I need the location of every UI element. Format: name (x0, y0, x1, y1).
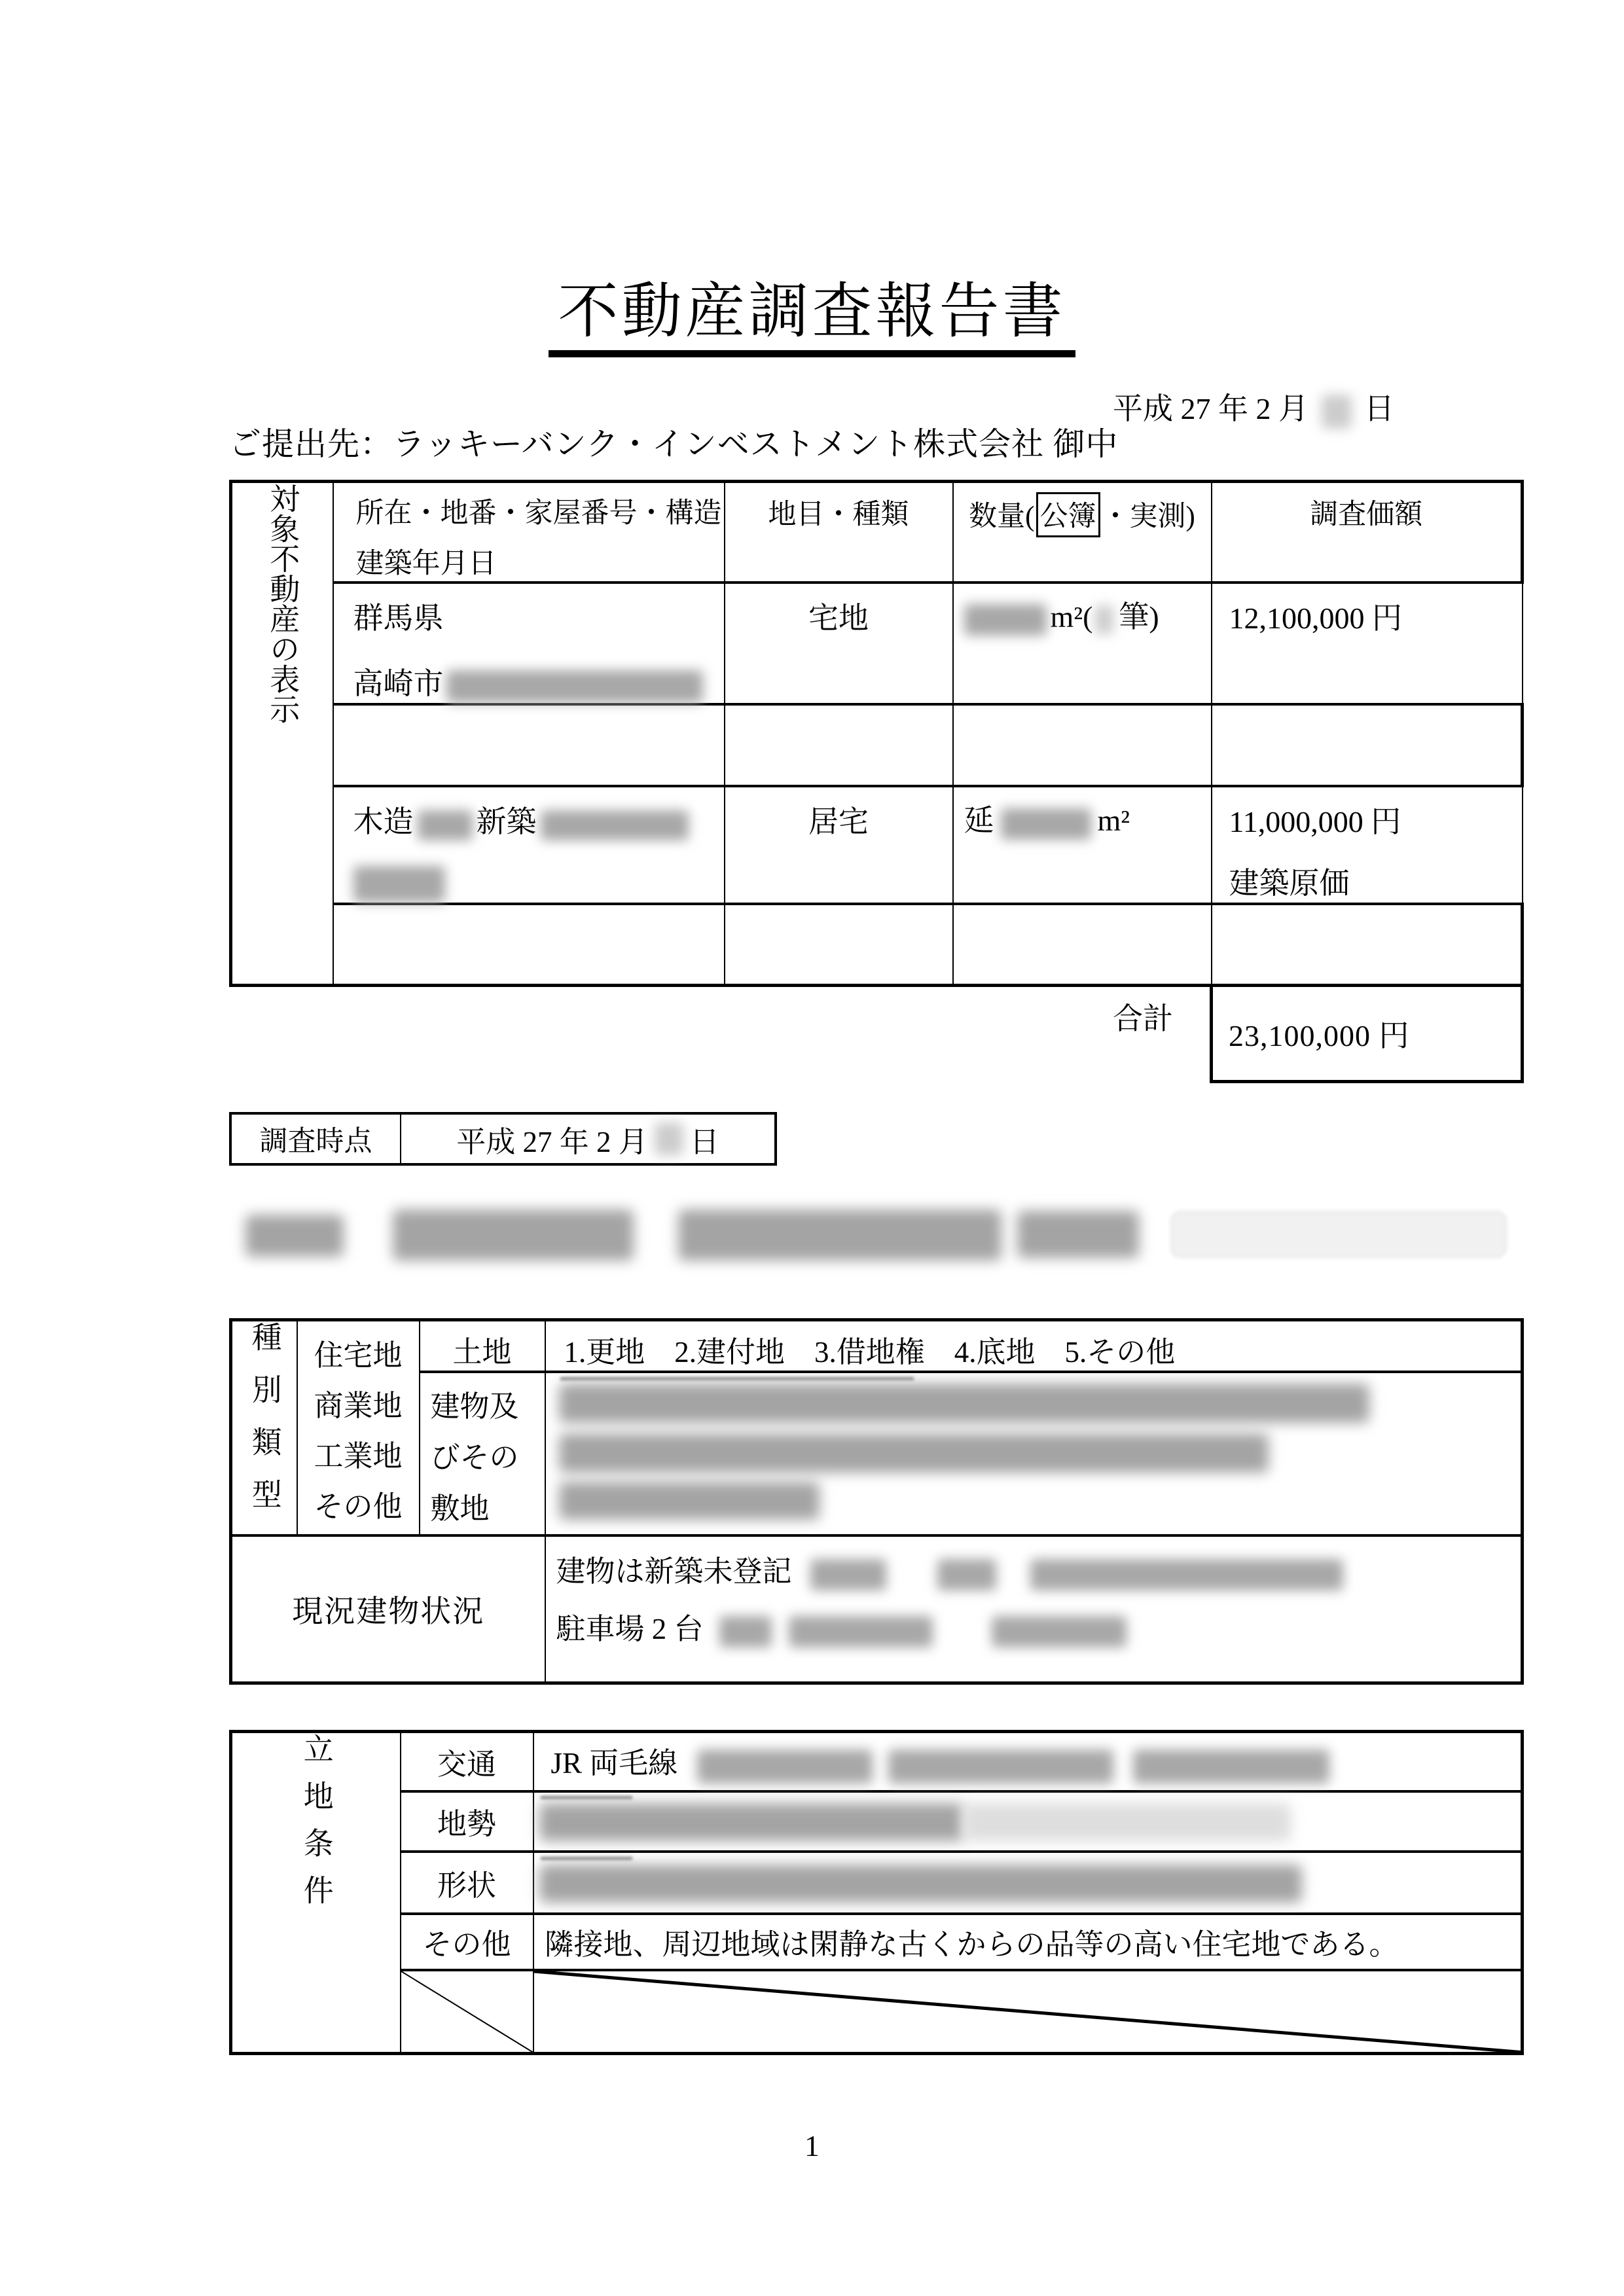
redacted-line (541, 1857, 632, 1860)
transport-value: JR 両毛線 (533, 1732, 1523, 1791)
total-label: 合計 (231, 985, 1212, 1081)
blank-diagonal-row (231, 1970, 1523, 2054)
land-price-cell: 12,100,000 円 (1212, 583, 1523, 704)
current-status-row: 現況建物状況 建物は新築未登記 駐車場 2 台 (231, 1535, 1523, 1683)
property-side-label-cell: 対象不動産の表示 (231, 482, 333, 986)
redacted-text (539, 1865, 1302, 1903)
redacted-block (1017, 1211, 1139, 1258)
redacted-text (1133, 1749, 1329, 1784)
survey-date-box: 調査時点 平成 27 年 2 月 日 (229, 1112, 777, 1166)
land-type-cell: 宅地 (725, 583, 953, 704)
redacted-text (992, 1616, 1127, 1647)
report-date-suffix: 日 (1364, 392, 1394, 425)
page-title-text: 不動産調査報告書 (549, 280, 1075, 357)
building-structure-cell: 木造新築 (333, 786, 725, 904)
building-row: 木造新築 居宅 延m² 11,000,000 円 建築原価 (231, 786, 1523, 904)
terrain-value (533, 1791, 1523, 1852)
header-location: 所在・地番・家屋番号・構造 建築年月日 (333, 482, 725, 583)
shape-value (533, 1852, 1523, 1914)
diagonal-cell-small (401, 1970, 533, 2054)
land-options-cell: 1.更地 2.建付地 3.借地権 4.底地 5.その他 (545, 1320, 1523, 1372)
redacted-text (719, 1616, 772, 1647)
redacted-block (245, 1215, 344, 1257)
redacted-text (888, 1749, 1113, 1784)
location-side-label-cell: 立地条件 (231, 1732, 401, 2054)
redacted-day (655, 1122, 683, 1155)
total-value: 23,100,000 円 (1212, 985, 1523, 1081)
redacted-text (810, 1559, 886, 1590)
status-body-cell: 建物は新築未登記 駐車場 2 台 (545, 1535, 1523, 1683)
header-price: 調査価額 (1212, 482, 1523, 583)
category-side-label: 種別類型 (243, 1321, 286, 1531)
building-description-cell (545, 1372, 1523, 1535)
redacted-structure (353, 866, 445, 903)
redacted-text (559, 1433, 1269, 1473)
diagonal-line-small (401, 1971, 533, 2053)
building-price-cell: 11,000,000 円 建築原価 (1212, 786, 1523, 904)
survey-date-value: 平成 27 年 2 月 日 (401, 1115, 774, 1163)
terrain-label: 地勢 (401, 1791, 533, 1852)
land-label-cell: 土地 (420, 1320, 545, 1372)
building-category-row: 建物及 びその 敷地 (231, 1372, 1523, 1535)
land-category-row: 種別類型 住宅地 商業地 工業地 その他 土地 1.更地 2.建付地 3.借地権… (231, 1320, 1523, 1372)
shape-label: 形状 (401, 1852, 533, 1914)
land-row: 群馬県 高崎市 宅地 m²(筆) 12,100,000 円 (231, 583, 1523, 704)
redacted-area (964, 604, 1047, 636)
report-date: 平成 27 年 2 月 日 (1113, 385, 1394, 429)
redacted-text (1030, 1559, 1343, 1590)
redacted-text (559, 1482, 820, 1520)
diagonal-cell-large (533, 1970, 1523, 2054)
transport-label: 交通 (401, 1732, 533, 1791)
page-number: 1 (0, 2128, 1624, 2163)
redacted-day (1322, 395, 1352, 429)
redacted-structure (541, 810, 689, 840)
page-title: 不動産調査報告書 (0, 280, 1624, 357)
transport-row: 立地条件 交通 JR 両毛線 (231, 1732, 1523, 1791)
shape-row: 形状 (231, 1852, 1523, 1914)
redacted-block (678, 1210, 1001, 1261)
koubo-box: 公簿 (1036, 492, 1100, 537)
redacted-line (560, 1377, 914, 1380)
other-row: その他 隣接地、周辺地域は閑静な古くからの品等の高い住宅地である。 (231, 1914, 1523, 1970)
property-header-row: 対象不動産の表示 所在・地番・家屋番号・構造 建築年月日 地目・種類 数量(公簿… (231, 482, 1523, 583)
category-table: 種別類型 住宅地 商業地 工業地 その他 土地 1.更地 2.建付地 3.借地権… (229, 1318, 1524, 1685)
redacted-line (541, 1796, 632, 1799)
redacted-text (789, 1616, 933, 1647)
status-label-cell: 現況建物状況 (231, 1535, 545, 1683)
location-table: 立地条件 交通 JR 両毛線 地勢 形状 その他 隣接地、周辺地域は閑静な古くか… (229, 1730, 1524, 2055)
zone-options-cell: 住宅地 商業地 工業地 その他 (297, 1320, 420, 1536)
location-side-label: 立地条件 (295, 1733, 338, 1922)
survey-date-label: 調査時点 (232, 1115, 401, 1163)
empty-row (231, 904, 1523, 985)
redacted-text (559, 1384, 1369, 1423)
redacted-text (937, 1559, 996, 1590)
redacted-structure (418, 810, 473, 840)
building-quantity-cell: 延m² (953, 786, 1212, 904)
empty-row (231, 704, 1523, 786)
report-date-prefix: 平成 27 年 2 月 (1113, 392, 1308, 425)
report-page: { "page": { "title": "不動産調査報告書", "date_p… (0, 0, 1624, 2296)
recipient-line: ご提出先：ラッキーバンク・インベストメント株式会社 御中 (229, 419, 1118, 465)
building-price-note: 建築原価 (1229, 859, 1522, 903)
land-location-cell: 群馬県 高崎市 (333, 583, 725, 704)
redacted-area (1001, 808, 1091, 840)
header-quantity: 数量(公簿・実測) (953, 482, 1212, 583)
property-table: 対象不動産の表示 所在・地番・家屋番号・構造 建築年月日 地目・種類 数量(公簿… (229, 480, 1524, 1083)
property-side-label: 対象不動産の表示 (261, 483, 304, 724)
other-label: その他 (401, 1914, 533, 1970)
header-type: 地目・種類 (725, 482, 953, 583)
category-side-label-cell: 種別類型 (231, 1320, 297, 1536)
other-value: 隣接地、周辺地域は閑静な古くからの品等の高い住宅地である。 (533, 1914, 1523, 1970)
diagonal-line-large (534, 1971, 1521, 2053)
building-label-cell: 建物及 びその 敷地 (420, 1372, 545, 1535)
redacted-text (964, 1803, 1291, 1841)
redacted-block (393, 1210, 634, 1261)
land-quantity-cell: m²(筆) (953, 583, 1212, 704)
redacted-block-light (1170, 1211, 1507, 1258)
redacted-text (539, 1803, 964, 1841)
redacted-text (697, 1749, 873, 1784)
redacted-count (1095, 605, 1113, 634)
terrain-row: 地勢 (231, 1791, 1523, 1852)
total-row: 合計 23,100,000 円 (231, 985, 1523, 1081)
redacted-address (446, 670, 703, 703)
building-type-cell: 居宅 (725, 786, 953, 904)
